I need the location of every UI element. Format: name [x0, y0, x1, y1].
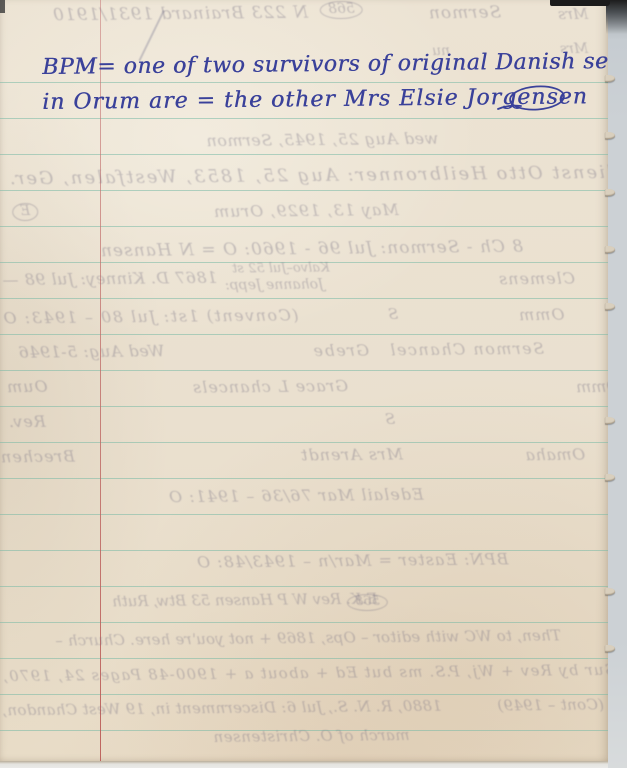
- notebook-page: N 223 Brainard 1931/1910568SermonMrsnuMr…: [0, 0, 608, 762]
- ghost-text-line: N 223 Brainard 1931/1910: [52, 4, 308, 25]
- ghost-text-line: Rev.: [8, 413, 46, 431]
- ghost-text-line: (Cont – 1949): [497, 696, 604, 714]
- ghost-text-line: Omm: [518, 306, 565, 324]
- ghost-text-line: Johanne Jepp:: [225, 277, 324, 293]
- scanner-background-right: [608, 0, 627, 768]
- ghost-text-line: Mrs: [558, 6, 588, 23]
- ghost-text-line: Grace L chancels: [192, 377, 348, 396]
- scanner-background-bottom: [0, 761, 608, 768]
- ghost-text-line: Sermon: [428, 4, 501, 23]
- ghost-text-line: Edelail Mar 76/36 – 1941: O: [168, 486, 424, 506]
- ghost-text-line: E.K. Rev W P Hansen 53 Btw, Ruth: [112, 591, 378, 610]
- ghost-text-line: Brechen: [0, 448, 75, 466]
- ghost-circled-number: 568: [320, 1, 363, 20]
- scan-edge-chip: [0, 0, 5, 13]
- ghost-text-line: S: [385, 411, 395, 428]
- ghost-text-line: Omm: [576, 378, 608, 396]
- handwriting-line-1: BPM= one of two survivors of original Da…: [42, 48, 608, 80]
- scanned-notebook-page: { "document": { "kind": "handwritten-not…: [0, 0, 627, 768]
- ghost-text-line: Wed Aug: 5-1946: [18, 342, 165, 361]
- ghost-text-line: S: [388, 306, 398, 323]
- ghost-text-line: 8 Ch - Sermon: Jul 96 - 1960: O = N Hans…: [100, 238, 523, 261]
- ghost-text-line: Kalvo–Jul 52 st: [232, 261, 330, 276]
- ghost-text-line: wed Aug 25, 1945, Sermon: [206, 130, 438, 150]
- ghost-text-line: Omaha: [525, 446, 585, 464]
- ghost-text-line: (Convent) 1st: Jul 80 – 1943: O: [2, 306, 299, 327]
- ghost-text-line: march of O. Christensen: [213, 727, 410, 746]
- ghost-text-line: May 13, 1929, Orum: [213, 201, 399, 221]
- oval-doodle-icon: [497, 85, 571, 119]
- scanner-edge-top-strip: [550, 0, 610, 6]
- ghost-text-line: BPN: Easter = Mar/n – 1943/48: O: [196, 550, 509, 571]
- ghost-text-line: Clemens: [498, 270, 575, 288]
- ghost-text-line: Mrs Arendt: [300, 445, 403, 464]
- ghost-text-line: Sermon Chancel Grebe: [312, 340, 544, 360]
- ghost-text-line: 1867 D. Kinney: Jul 98 —: [2, 269, 217, 289]
- ghost-text-line: Oum: [6, 378, 48, 396]
